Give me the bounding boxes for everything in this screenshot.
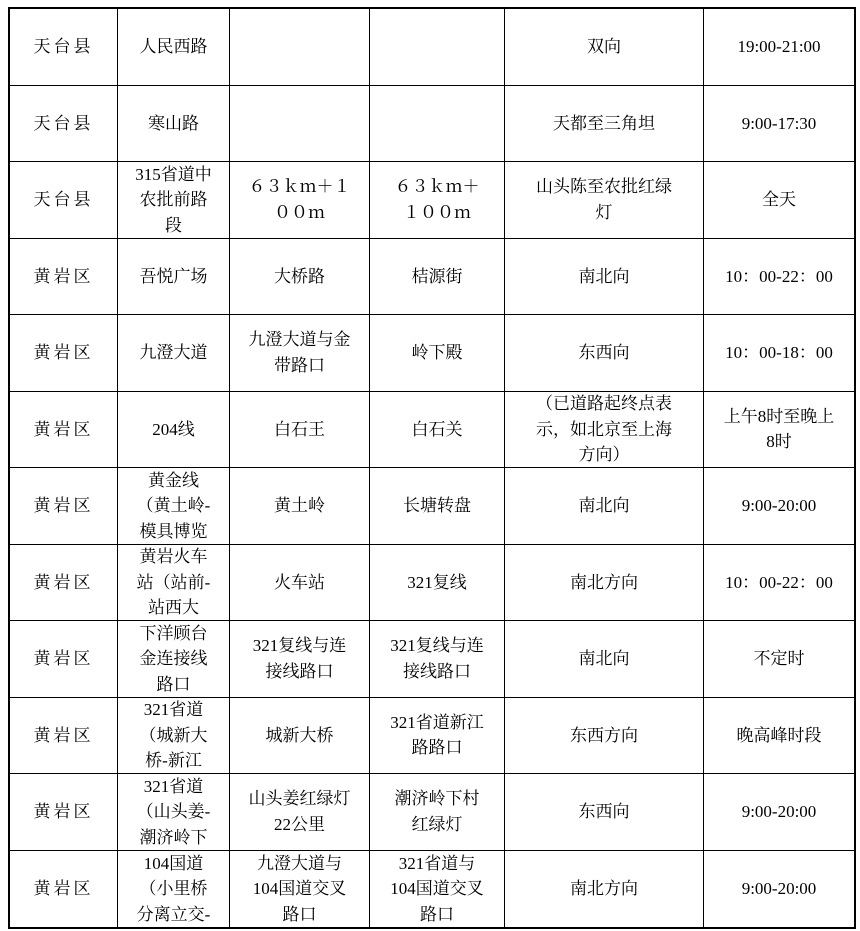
cell-road: 黄岩火车站（站前-站西大 <box>118 545 230 622</box>
cell-text: 黄岩区 <box>34 570 94 596</box>
cell-end: 321省道新江路路口 <box>370 698 505 775</box>
cell-text: 321省道（城新大桥-新江 <box>132 698 216 774</box>
cell-end: 岭下殿 <box>370 315 505 392</box>
cell-text: 全天 <box>762 187 796 213</box>
cell-text: 山头姜红绿灯22公里 <box>245 786 355 837</box>
cell-text: 东西方向 <box>570 723 638 749</box>
cell-text: 321省道（山头姜-潮济岭下 <box>132 774 216 850</box>
cell-text: 321复线 <box>407 570 467 596</box>
cell-text: 10：00-22：00 <box>725 570 833 596</box>
cell-county: 黄岩区 <box>10 698 118 775</box>
cell-end <box>370 9 505 86</box>
cell-road: 九澄大道 <box>118 315 230 392</box>
cell-end: 321复线与连接线路口 <box>370 621 505 698</box>
cell-county: 黄岩区 <box>10 545 118 622</box>
cell-time: 10：00-22：00 <box>704 239 854 316</box>
cell-end: 桔源街 <box>370 239 505 316</box>
cell-direction: 山头陈至农批红绿灯 <box>505 162 704 239</box>
cell-text: 9:00-20:00 <box>742 493 817 519</box>
cell-time: 晚高峰时段 <box>704 698 854 775</box>
cell-text: 黄岩区 <box>34 723 94 749</box>
cell-start <box>230 86 370 163</box>
cell-road: 黄金线（黄土岭-模具博览 <box>118 468 230 545</box>
cell-text: 山头陈至农批红绿灯 <box>534 174 674 225</box>
cell-text: 9:00-17:30 <box>742 111 817 137</box>
cell-road: 104国道（小里桥分离立交- <box>118 851 230 928</box>
cell-text: 321复线与连接线路口 <box>387 633 487 684</box>
cell-text: 南北方向 <box>570 570 638 596</box>
cell-start: 白石王 <box>230 392 370 469</box>
cell-text: 321省道新江路路口 <box>387 710 487 761</box>
cell-text: 9:00-20:00 <box>742 876 817 902</box>
cell-direction: 南北方向 <box>505 545 704 622</box>
cell-text: 10：00-18：00 <box>725 340 833 366</box>
cell-text: 315省道中农批前路段 <box>132 162 216 238</box>
cell-road: 吾悦广场 <box>118 239 230 316</box>
cell-text: 黄岩区 <box>34 340 94 366</box>
cell-direction: 南北向 <box>505 468 704 545</box>
cell-text: 寒山路 <box>148 111 199 137</box>
cell-start: 火车站 <box>230 545 370 622</box>
cell-end: 321省道与104国道交叉路口 <box>370 851 505 928</box>
cell-direction: 双向 <box>505 9 704 86</box>
cell-text: 黄岩区 <box>34 646 94 672</box>
cell-text: 潮济岭下村红绿灯 <box>387 786 487 837</box>
cell-text: 10：00-22：00 <box>725 264 833 290</box>
cell-text: 南北方向 <box>570 876 638 902</box>
cell-text: 九澄大道与金带路口 <box>245 327 355 378</box>
cell-text: 321省道与104国道交叉路口 <box>387 851 487 928</box>
cell-start: 黄土岭 <box>230 468 370 545</box>
cell-text: 桔源街 <box>412 264 463 290</box>
cell-text: 104国道（小里桥分离立交- <box>132 851 216 928</box>
cell-time: 9:00-20:00 <box>704 774 854 851</box>
cell-county: 黄岩区 <box>10 621 118 698</box>
cell-road: 寒山路 <box>118 86 230 163</box>
cell-text: 火车站 <box>274 570 325 596</box>
cell-direction: 东西向 <box>505 315 704 392</box>
cell-road: 321省道（城新大桥-新江 <box>118 698 230 775</box>
cell-start: 大桥路 <box>230 239 370 316</box>
cell-county: 黄岩区 <box>10 774 118 851</box>
cell-text: 南北向 <box>579 493 630 519</box>
cell-text: 白石王 <box>274 417 325 443</box>
cell-text: 晚高峰时段 <box>737 723 822 749</box>
cell-direction: 南北向 <box>505 239 704 316</box>
cell-direction: 东西方向 <box>505 698 704 775</box>
cell-road: 人民西路 <box>118 9 230 86</box>
cell-direction: 南北向 <box>505 621 704 698</box>
cell-end <box>370 86 505 163</box>
cell-end: 潮济岭下村红绿灯 <box>370 774 505 851</box>
cell-start: 山头姜红绿灯22公里 <box>230 774 370 851</box>
cell-text: 321复线与连接线路口 <box>245 633 355 684</box>
cell-start: ６３ｋｍ＋１００ｍ <box>230 162 370 239</box>
cell-end: ６３ｋｍ＋１００ｍ <box>370 162 505 239</box>
cell-road: 321省道（山头姜-潮济岭下 <box>118 774 230 851</box>
cell-county: 黄岩区 <box>10 239 118 316</box>
cell-text: 大桥路 <box>274 264 325 290</box>
cell-time: 9:00-17:30 <box>704 86 854 163</box>
cell-county: 天台县 <box>10 9 118 86</box>
cell-text: 黄金线（黄土岭-模具博览 <box>132 468 216 544</box>
cell-text: 不定时 <box>754 646 805 672</box>
traffic-control-table: 天台县 人民西路 双向 19:00-21:00 天台县 寒山路 天都至三角坦 9… <box>8 7 856 929</box>
cell-direction: （已道路起终点表示，如北京至上海方向） <box>505 392 704 469</box>
cell-text: （已道路起终点表示，如北京至上海方向） <box>534 392 674 468</box>
cell-text: 九澄大道与104国道交叉路口 <box>245 851 355 928</box>
cell-start: 九澄大道与104国道交叉路口 <box>230 851 370 928</box>
cell-time: 10：00-22：00 <box>704 545 854 622</box>
cell-text: 南北向 <box>579 264 630 290</box>
cell-end: 321复线 <box>370 545 505 622</box>
cell-text: 岭下殿 <box>412 340 463 366</box>
cell-text: 东西向 <box>579 799 630 825</box>
cell-text: ６３ｋｍ＋１００ｍ <box>387 174 487 225</box>
cell-text: 人民西路 <box>140 34 208 60</box>
cell-text: 双向 <box>587 34 621 60</box>
cell-text: 长塘转盘 <box>403 493 471 519</box>
cell-text: 天都至三角坦 <box>553 111 655 137</box>
cell-county: 黄岩区 <box>10 468 118 545</box>
cell-text: 黄土岭 <box>274 493 325 519</box>
cell-road: 204线 <box>118 392 230 469</box>
cell-text: 黄岩区 <box>34 799 94 825</box>
cell-county: 天台县 <box>10 86 118 163</box>
cell-text: 吾悦广场 <box>140 264 208 290</box>
cell-county: 天台县 <box>10 162 118 239</box>
cell-direction: 天都至三角坦 <box>505 86 704 163</box>
cell-time: 9:00-20:00 <box>704 468 854 545</box>
cell-text: 黄岩火车站（站前-站西大 <box>132 545 216 621</box>
cell-start: 城新大桥 <box>230 698 370 775</box>
cell-time: 上午8时至晚上8时 <box>704 392 854 469</box>
cell-text: 城新大桥 <box>266 723 334 749</box>
cell-road: 下洋顾台金连接线路口 <box>118 621 230 698</box>
cell-county: 黄岩区 <box>10 851 118 928</box>
cell-text: 黄岩区 <box>34 493 94 519</box>
cell-direction: 东西向 <box>505 774 704 851</box>
cell-text: 下洋顾台金连接线路口 <box>132 621 216 697</box>
cell-direction: 南北方向 <box>505 851 704 928</box>
cell-time: 9:00-20:00 <box>704 851 854 928</box>
cell-text: 19:00-21:00 <box>737 34 820 60</box>
cell-text: 204线 <box>152 417 195 443</box>
cell-end: 白石关 <box>370 392 505 469</box>
cell-text: 白石关 <box>412 417 463 443</box>
cell-text: 上午8时至晚上8时 <box>720 404 838 455</box>
cell-start <box>230 9 370 86</box>
cell-text: 天台县 <box>34 187 94 213</box>
cell-county: 黄岩区 <box>10 315 118 392</box>
cell-text: ６３ｋｍ＋１００ｍ <box>245 174 355 225</box>
cell-end: 长塘转盘 <box>370 468 505 545</box>
cell-time: 19:00-21:00 <box>704 9 854 86</box>
cell-text: 黄岩区 <box>34 264 94 290</box>
cell-text: 9:00-20:00 <box>742 799 817 825</box>
cell-text: 天台县 <box>34 34 94 60</box>
cell-text: 黄岩区 <box>34 417 94 443</box>
cell-time: 全天 <box>704 162 854 239</box>
cell-text: 南北向 <box>579 646 630 672</box>
cell-time: 不定时 <box>704 621 854 698</box>
cell-text: 黄岩区 <box>34 876 94 902</box>
cell-start: 321复线与连接线路口 <box>230 621 370 698</box>
cell-text: 天台县 <box>34 111 94 137</box>
cell-text: 东西向 <box>579 340 630 366</box>
cell-county: 黄岩区 <box>10 392 118 469</box>
cell-time: 10：00-18：00 <box>704 315 854 392</box>
cell-road: 315省道中农批前路段 <box>118 162 230 239</box>
cell-text: 九澄大道 <box>140 340 208 366</box>
cell-start: 九澄大道与金带路口 <box>230 315 370 392</box>
